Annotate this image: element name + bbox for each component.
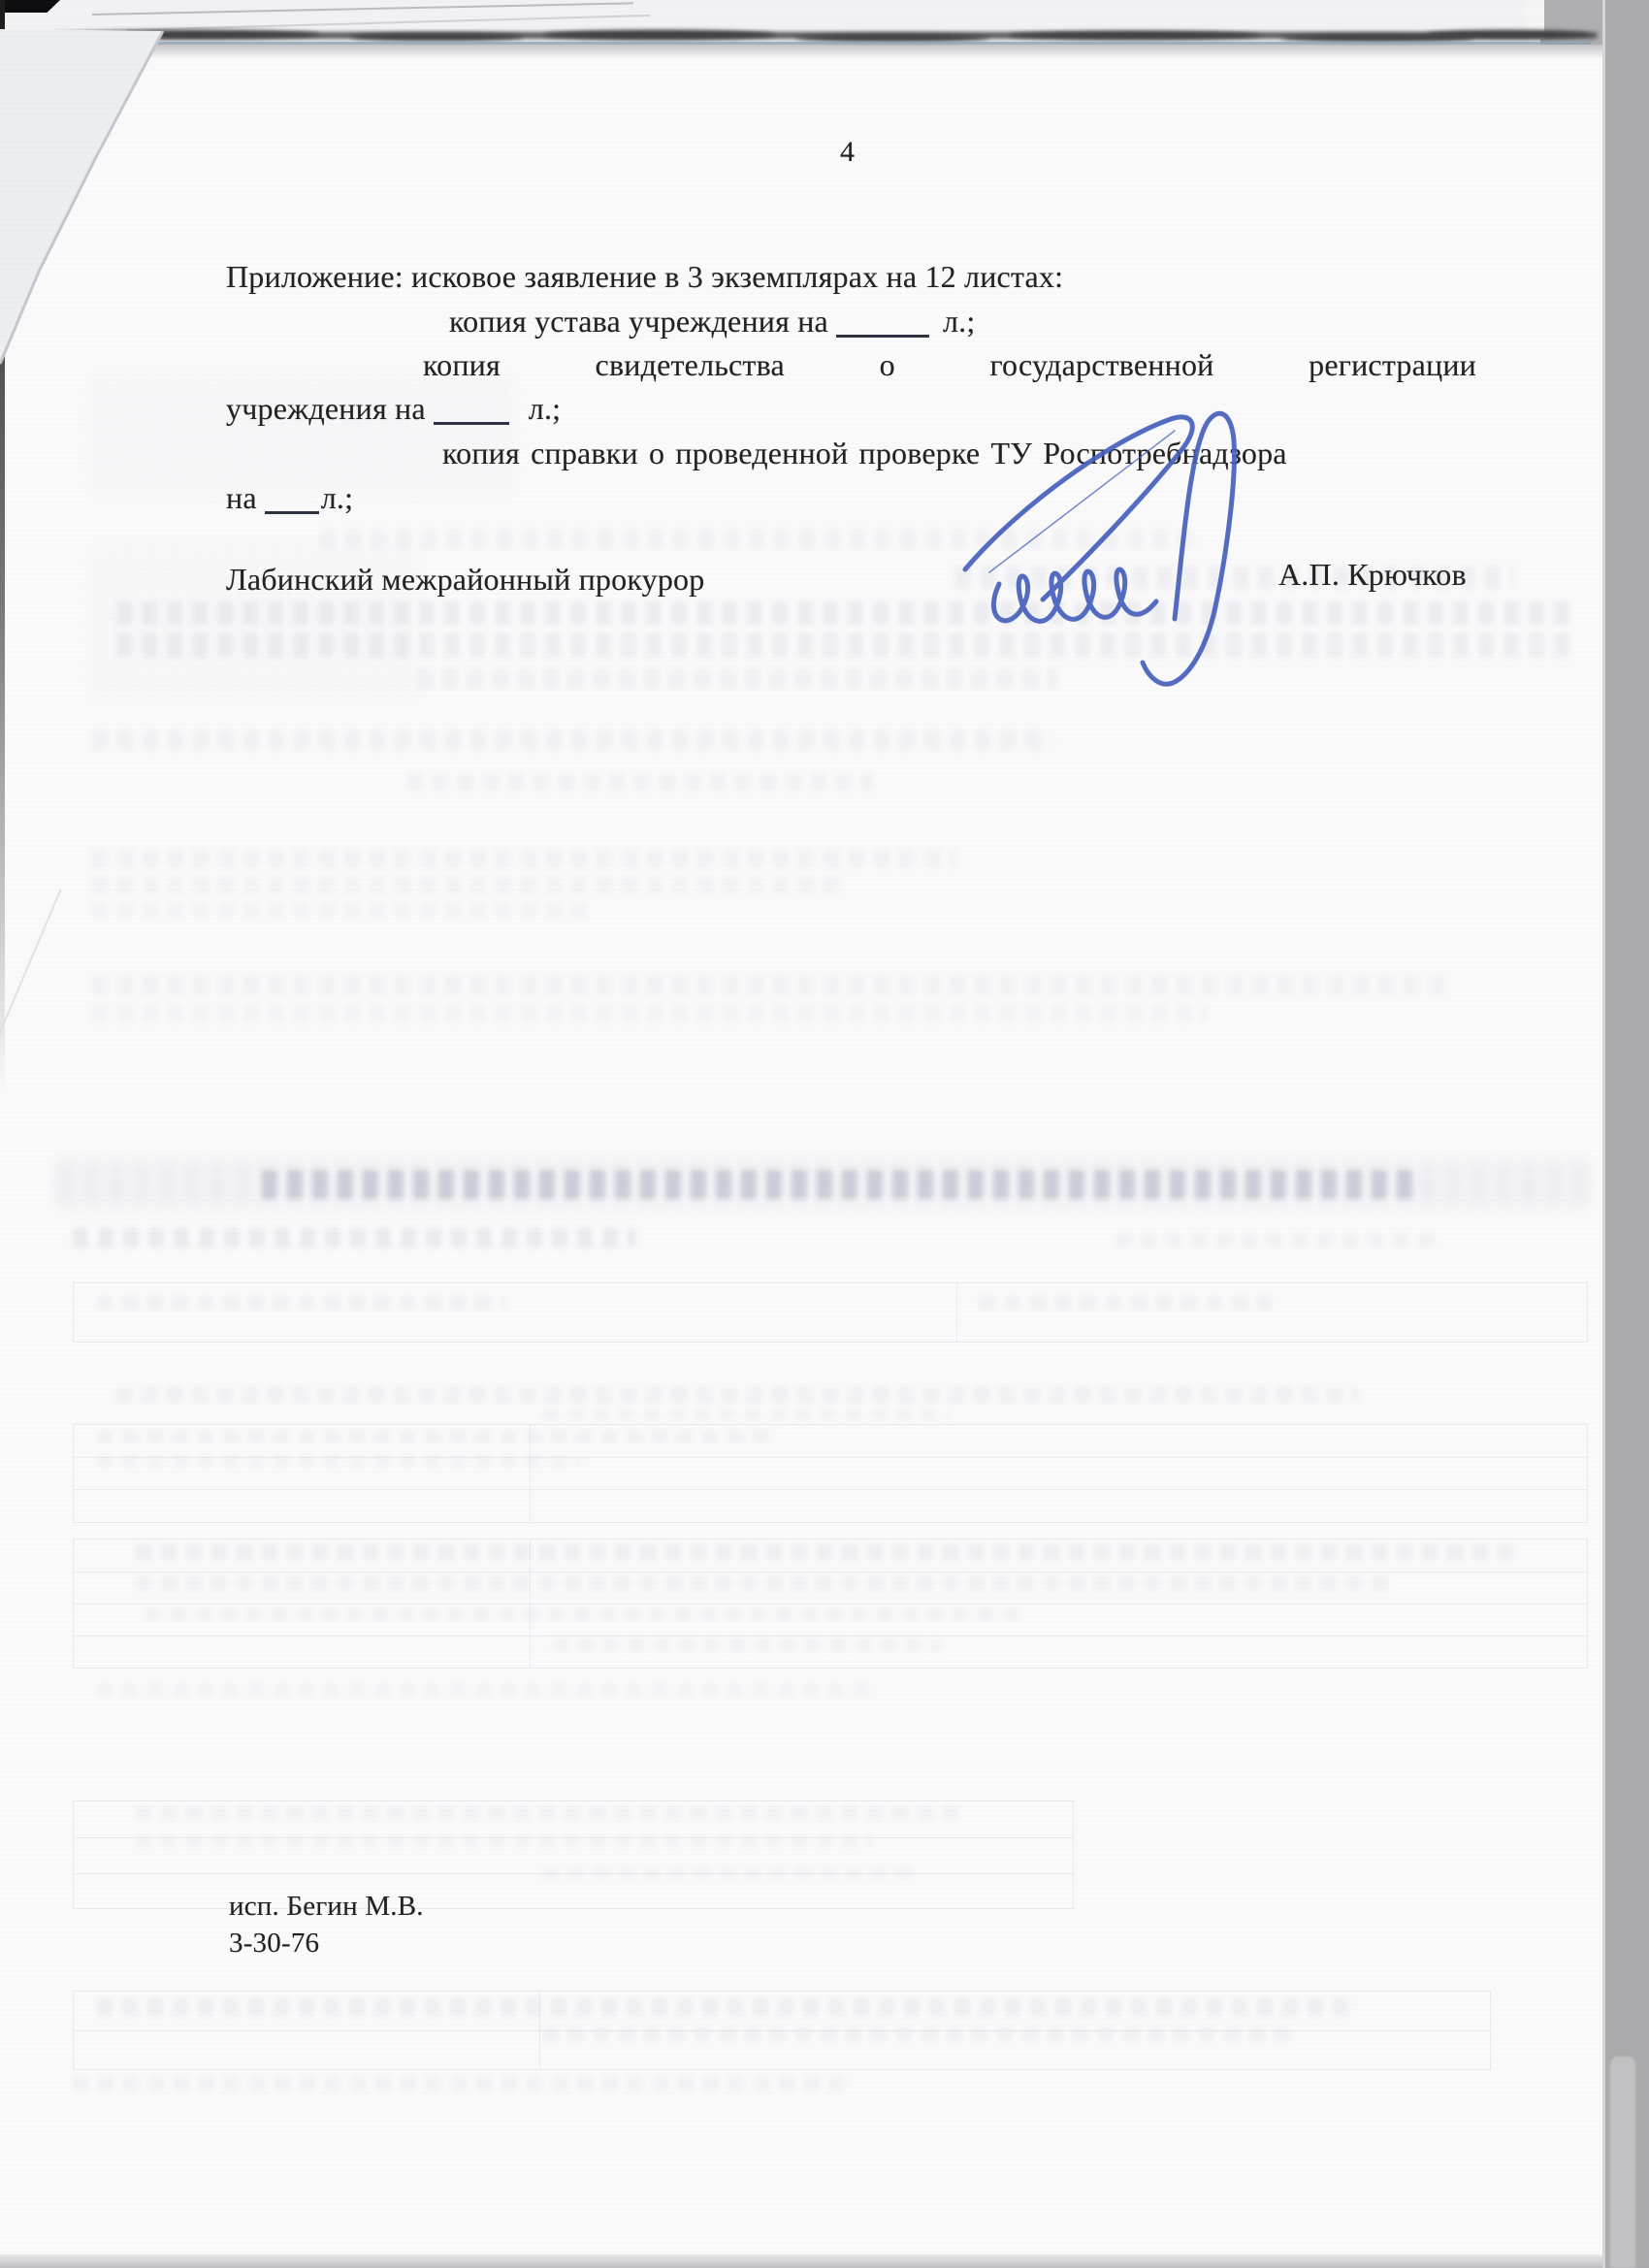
attachment-line-4: учреждения нал.; <box>226 390 561 427</box>
scan-bottom-edge <box>0 2254 1602 2268</box>
bleedthrough-text-row <box>97 1455 582 1467</box>
bleedthrough-text-row <box>553 1639 941 1651</box>
bleedthrough-text-row <box>136 1576 1397 1590</box>
page-top-inner-shadow <box>0 45 1602 59</box>
bleedthrough-text-row <box>543 1409 951 1420</box>
blank-line-uchrezhdenie <box>434 401 509 425</box>
blank-line-spravka <box>265 490 319 514</box>
page-top-edge-blob <box>795 34 989 42</box>
page-top-edge-blob <box>349 33 524 41</box>
bleedthrough-table <box>73 1282 1588 1343</box>
page-top-edge-blob <box>1426 30 1591 39</box>
attachment-line-6: нал.; <box>226 479 353 516</box>
attachment-line-3: копия свидетельства о государственной ре… <box>423 346 1476 383</box>
bleedthrough-text-row <box>97 1431 776 1442</box>
bleedthrough-text-row <box>407 774 873 790</box>
bleedthrough-text-row <box>73 1228 635 1247</box>
bleedthrough-text-row <box>543 1867 912 1879</box>
signatory-name: А.П. Крючков <box>1278 556 1467 593</box>
bleedthrough-text-row <box>92 730 1052 750</box>
bleedthrough-text-row <box>136 1835 873 1847</box>
bleedthrough-text-row <box>543 2027 1300 2041</box>
attachment-line-2-suffix: л.; <box>943 304 975 339</box>
blank-line-ustav <box>836 313 929 338</box>
bleedthrough-text-row <box>97 1998 1358 2016</box>
bleedthrough-text-row <box>145 1608 1018 1620</box>
page-number: 4 <box>840 134 855 171</box>
scanner-background-right <box>1602 0 1649 2268</box>
bleedthrough-text-row <box>1115 1234 1436 1247</box>
attachment-line-2-text: копия устава учреждения на <box>449 304 828 339</box>
bleedthrough-text-row <box>97 1296 504 1310</box>
executor-phone: 3-30-76 <box>229 1925 319 1961</box>
bleedthrough-text-row <box>980 1296 1271 1310</box>
bleedthrough-text-row <box>136 1544 1513 1560</box>
attachment-line-1: Приложение: исковое заявление в 3 экземп… <box>226 258 1063 295</box>
bleedthrough-text-row <box>73 2076 849 2091</box>
bleedthrough-text-row <box>92 1005 1208 1022</box>
attachment-line-2: копия устава учреждения нал.; <box>449 303 975 340</box>
underlying-page-corner <box>0 29 194 398</box>
page-top-edge-blob <box>543 30 776 40</box>
bleedthrough-dark-band <box>262 1170 1416 1199</box>
bleedthrough-text-row <box>136 1806 960 1820</box>
page-top-edge-blob <box>1009 31 1261 40</box>
signatory-role: Лабинский межрайонный прокурор <box>226 561 704 598</box>
bleedthrough-text-row <box>92 850 955 867</box>
page-edge-streak-right <box>1610 2057 1635 2268</box>
attachment-line-4-text: учреждения на <box>226 391 426 426</box>
underlying-page-edge-lower <box>0 890 61 1038</box>
bleedthrough-text-row <box>92 976 1450 995</box>
executor-name: исп. Бегин М.В. <box>229 1888 424 1925</box>
bleedthrough-text-row <box>97 1684 873 1698</box>
bleedthrough-text-row <box>92 877 849 894</box>
scanned-document-page: 4 Приложение: исковое заявление в 3 экзе… <box>0 0 1649 2268</box>
signature-ink <box>946 400 1280 691</box>
bleedthrough-text-row <box>116 1387 1358 1403</box>
attachment-line-6-suffix: л.; <box>321 480 353 515</box>
bleedthrough-text-row <box>92 902 597 918</box>
attachment-line-6-text: на <box>226 480 257 515</box>
attachment-line-4-suffix: л.; <box>529 391 561 426</box>
